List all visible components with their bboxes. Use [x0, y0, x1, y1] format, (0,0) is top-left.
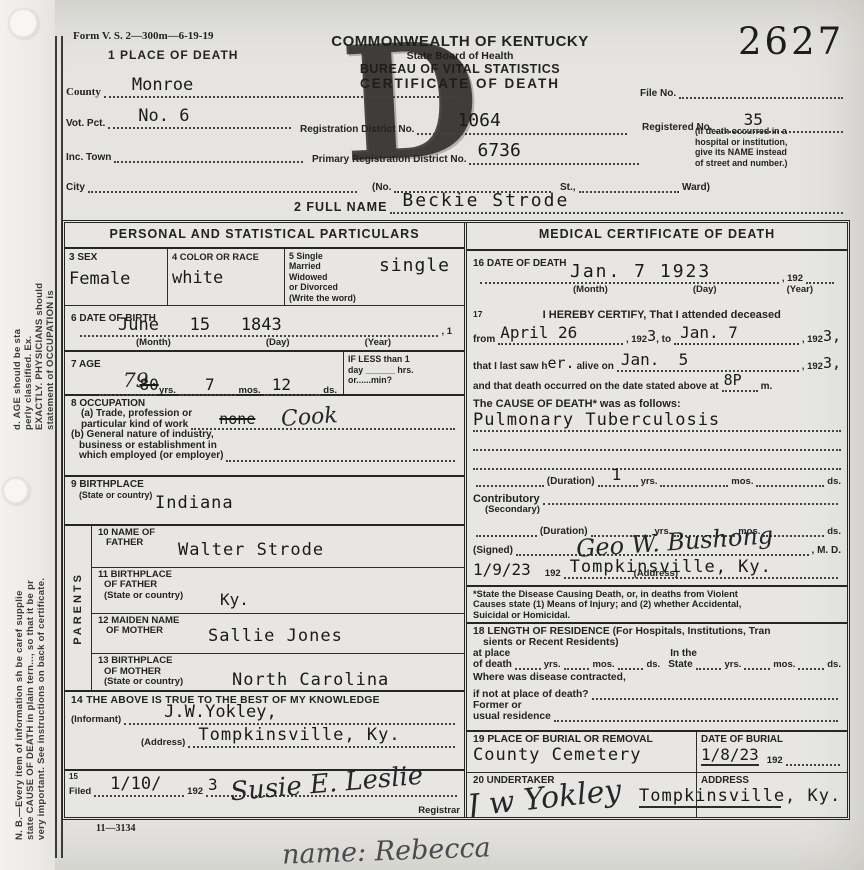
- county-label: County: [66, 86, 101, 98]
- form-code: Form V. S. 2—300m—6-19-19: [73, 30, 213, 42]
- full-name-label: 2 FULL NAME: [294, 200, 387, 214]
- signed-place-dotted: Tompkinsville, Ky. (Address): [564, 573, 838, 579]
- file-no-line: [679, 93, 843, 99]
- state-yrs-label: yrs.: [724, 659, 741, 670]
- cause-footnote: *State the Disease Causing Death, or, in…: [467, 585, 847, 625]
- cause-line: Pulmonary Tuberculosis: [473, 410, 841, 432]
- saw-date-value: Jan. 5: [621, 350, 688, 369]
- vot-pct-field: Vot. Pct. No. 6: [66, 118, 294, 129]
- vot-pct-value: No. 6: [138, 106, 189, 126]
- ds-label: ds.: [323, 385, 337, 396]
- parents-label: PARENTS: [72, 572, 84, 645]
- dod-year-caption: (Year): [787, 284, 813, 295]
- death-m-label: m.: [761, 381, 773, 392]
- margin-note-line: N. B.—Every item of information sh be ca…: [14, 578, 25, 840]
- sex-cell: 3 SEX Female: [65, 249, 167, 306]
- handwritten-name-note: name: Rebecca: [282, 832, 492, 870]
- saw-mid: alive on: [577, 361, 614, 372]
- dob-year-lead: , 1: [441, 326, 452, 337]
- hospital-note-line: (If death occurred in a: [695, 126, 850, 137]
- death-time-value: 8P: [724, 371, 742, 389]
- informant-address-dotted: Tompkinsville, Ky.: [188, 742, 455, 748]
- informant-address-value: Tompkinsville, Ky.: [198, 725, 400, 745]
- certify-text: I HEREBY CERTIFY, That I attended deceas…: [543, 309, 781, 321]
- age-crossed-value: 80: [139, 375, 158, 394]
- marital-label-line: (Write the word): [289, 293, 460, 304]
- parents-section: PARENTS 10 NAME OF FATHER Walter Strode …: [65, 526, 464, 692]
- contributory-dotted: [543, 499, 838, 505]
- margin-note-bottom: N. B.—Every item of information sh be ca…: [14, 578, 47, 840]
- birthplace-label: 9 BIRTHPLACE: [71, 479, 458, 490]
- father-bp-label2: OF FATHER: [104, 580, 458, 591]
- plate-code: 11—3134: [96, 823, 135, 834]
- burial-date-label: DATE OF BURIAL: [701, 734, 843, 745]
- duration-yrs-label: yrs.: [641, 476, 658, 487]
- serial-number: 2627: [738, 20, 844, 63]
- ward-label: Ward): [682, 182, 710, 193]
- county-value: Monroe: [132, 75, 193, 95]
- death-time-line: and that death occurred on the date stat…: [473, 381, 841, 392]
- city-line: [88, 187, 357, 193]
- dod-dotted: Jan. 7 1923: [480, 278, 779, 284]
- age-line: 79 80 yrs. 7 mos. 12 ds.: [71, 372, 337, 396]
- residence-label1: 18 LENGTH OF RESIDENCE (For Hospitals, I…: [473, 626, 841, 637]
- date-of-death-row: 16 DATE OF DEATH Jan. 7 1923 , 192 (Mont…: [467, 251, 847, 307]
- street-no-label: (No.: [372, 182, 391, 193]
- marital-value: single: [379, 255, 450, 276]
- primary-district-label: Primary Registration District No.: [312, 154, 466, 165]
- occ-a-dotted: none Cook: [191, 424, 455, 430]
- dob-row: 6 DATE OF BIRTH June 15 1843 , 1 (Month)…: [65, 306, 464, 352]
- duration-value: 1: [612, 465, 622, 484]
- undertaker-address-cell: ADDRESS Tompkinsville, Ky.: [696, 773, 847, 817]
- hospital-note-line: give its NAME instead: [695, 147, 850, 158]
- st-line: [579, 187, 679, 193]
- birthplace-row: 9 BIRTHPLACE (State or country) Indiana: [65, 477, 464, 526]
- signed-date-line: 1/9/23 192 Tompkinsville, Ky. (Address): [473, 560, 841, 579]
- cause-blank-line: [473, 451, 841, 470]
- state-mos-label: mos.: [773, 659, 795, 670]
- hospital-note-line: of street and number.): [695, 158, 850, 169]
- margin-note-line: very important. See instructions on back…: [36, 578, 47, 840]
- cause-label: The CAUSE OF DEATH* was as follows:: [473, 398, 841, 410]
- duration-label: (Duration): [547, 476, 595, 487]
- former-dotted: [554, 716, 838, 722]
- last-saw-line: that I last saw h er. alive on Jan. 5 , …: [473, 354, 841, 372]
- mother-name-row: 12 MAIDEN NAME OF MOTHER Sallie Jones: [92, 614, 464, 655]
- marital-cell: 5 Single Married Widowed or Divorced (Wr…: [284, 249, 464, 306]
- cause-section: The CAUSE OF DEATH* was as follows: Pulm…: [467, 394, 847, 487]
- from-date-value: April 26: [500, 323, 577, 342]
- from-label: from: [473, 334, 495, 345]
- parents-label-cell: PARENTS: [65, 526, 92, 690]
- informant-value: J.W.Yokley,: [164, 702, 277, 722]
- res-ds-label: ds.: [646, 659, 660, 670]
- city-field: City: [66, 182, 360, 193]
- informant-section: 14 THE ABOVE IS TRUE TO THE BEST OF MY K…: [65, 692, 464, 771]
- secondary-label: (Secondary): [485, 505, 841, 516]
- duration2-lead-dotted: [476, 531, 537, 537]
- contributory-section: Contributory (Secondary) (Duration) yrs.…: [467, 487, 847, 579]
- punch-hole-top: [8, 8, 38, 38]
- death-time-dotted: 8P: [722, 386, 758, 392]
- burial-date-cell: DATE OF BURIAL 1/8/23 192: [696, 732, 847, 772]
- parents-rows: 10 NAME OF FATHER Walter Strode 11 BIRTH…: [92, 526, 464, 690]
- saw-year-pre: , 192: [802, 361, 823, 372]
- burial-place-cell: 19 PLACE OF BURIAL OR REMOVAL County Cem…: [467, 732, 696, 772]
- city-label: City: [66, 182, 85, 193]
- file-no-label: File No.: [640, 88, 676, 99]
- former-line1: Former or: [473, 700, 841, 711]
- age-cell: 7 AGE 79 80 yrs. 7 mos. 12: [65, 352, 343, 394]
- margin-note-line: EXACTLY. PHYSICIANS should: [34, 283, 45, 430]
- margin-note-line: statement of OCCUPATION is: [45, 283, 56, 430]
- father-bp-sub: (State or country): [104, 591, 458, 602]
- mos-label: mos.: [239, 385, 261, 396]
- occupation-row: 8 OCCUPATION (a) Trade, profession or pa…: [65, 396, 464, 476]
- mother-birthplace-value: North Carolina: [232, 670, 389, 690]
- state-mos-dotted: [744, 664, 770, 670]
- occupation-value: Cook: [280, 403, 338, 432]
- primary-district-line: 6736: [469, 159, 639, 165]
- contracted-dotted: [592, 694, 838, 700]
- to-date-value: Jan. 7: [680, 323, 738, 342]
- registrar-label: Registrar: [69, 805, 460, 816]
- reg-district-label: Registration District No.: [300, 124, 414, 135]
- undertaker-row: 20 UNDERTAKER J w Yokley ADDRESS Tompkin…: [467, 772, 847, 817]
- race-label: 4 COLOR OR RACE: [172, 252, 280, 262]
- filed-year-value: 3: [208, 775, 218, 794]
- inc-town-line: [114, 157, 303, 163]
- undertaker-address-label: ADDRESS: [701, 775, 843, 786]
- race-cell: 4 COLOR OR RACE white: [167, 249, 284, 306]
- of-death-label: of death: [473, 659, 512, 670]
- file-no-field: File No.: [640, 88, 846, 99]
- vot-pct-label: Vot. Pct.: [66, 118, 105, 129]
- contracted-line1: Where was disease contracted,: [473, 672, 841, 683]
- at-place-label: at place: [473, 648, 510, 659]
- res-mos-dotted: [564, 664, 590, 670]
- occ-b-label3: which employed (or employer): [79, 451, 223, 462]
- primary-district-field: Primary Registration District No. 6736: [312, 154, 642, 165]
- dod-value: Jan. 7 1923: [570, 261, 711, 282]
- burial-value: County Cemetery: [473, 745, 690, 765]
- footnote-line: *State the Disease Causing Death, or, in…: [473, 589, 841, 600]
- informant-label: (Informant): [71, 714, 121, 725]
- occ-b-dotted: [226, 456, 455, 462]
- burial-year-pre: 192: [767, 755, 783, 766]
- signed-year-pre: 192: [545, 568, 561, 579]
- day-caption: (Day): [266, 337, 290, 348]
- res-mos-label: mos.: [592, 659, 614, 670]
- signed-address-caption: (Address): [634, 568, 678, 579]
- saw-year-value: 3,: [823, 354, 841, 372]
- margin-note-top: d. AGE should be sta perly classified. E…: [12, 283, 56, 430]
- state-label: State: [668, 659, 692, 670]
- hospital-note: (If death occurred in a hospital or inst…: [695, 126, 850, 168]
- filed-label: Filed: [69, 786, 91, 797]
- medical-column: MEDICAL CERTIFICATE OF DEATH 16 DATE OF …: [467, 223, 847, 817]
- dod-day-caption: (Day): [693, 284, 717, 295]
- burial-date-value: 1/8/23: [701, 745, 759, 766]
- death-certificate-scan: d. AGE should be sta perly classified. E…: [0, 0, 864, 870]
- age-row: 7 AGE 79 80 yrs. 7 mos. 12: [65, 352, 464, 396]
- filed-line: Filed 1/10/ 192 3 Susie E. Leslie: [69, 786, 460, 797]
- personal-title: PERSONAL AND STATISTICAL PARTICULARS: [65, 223, 464, 249]
- filed-section: 15 Filed 1/10/ 192 3 Susie E. Leslie Reg…: [65, 771, 464, 818]
- residence-label2: sients or Recent Residents): [483, 637, 841, 648]
- cause-value: Pulmonary Tuberculosis: [473, 410, 720, 430]
- state-yrs-dotted: [696, 664, 722, 670]
- from-dotted: April 26: [498, 339, 623, 345]
- margin-note-line: d. AGE should be sta: [12, 283, 23, 430]
- filed-year-pre: 192: [187, 786, 203, 797]
- filed-date-value: 1/10/: [110, 774, 161, 794]
- contracted-line2w: if not at place of death?: [473, 689, 841, 700]
- saw-dotted: Jan. 5: [617, 366, 799, 372]
- burial-date-line: 1/8/23 192: [701, 745, 843, 766]
- father-label1: 10 NAME OF: [98, 528, 458, 539]
- dod-month-caption: (Month): [573, 284, 608, 295]
- dob-line: June 15 1843 , 1: [77, 326, 452, 337]
- age-months-value: 7: [205, 375, 215, 394]
- dod-year-pre: , 192: [782, 273, 803, 284]
- signed-line: (Signed) Geo W. Bushong , M. D.: [473, 545, 841, 556]
- signed-date-value: 1/9/23: [473, 560, 531, 579]
- if-less-line: day ______ hrs.: [348, 365, 460, 376]
- footnote-line: Suicidal or Homicidal.: [473, 610, 841, 621]
- residence-values-line: of death yrs. mos. ds. State yrs. mos. d…: [473, 659, 841, 670]
- contracted-line2: if not at place of death?: [473, 689, 589, 700]
- full-name-line: Beckie Strode: [390, 208, 843, 214]
- year-caption: (Year): [365, 337, 391, 348]
- dod-captions: (Month) (Day) (Year): [473, 284, 841, 295]
- state-ds-dotted: [798, 664, 824, 670]
- saw-pre: that I last saw h: [473, 361, 547, 372]
- to-year-pre: , 192: [802, 334, 823, 345]
- month-caption: (Month): [136, 337, 171, 348]
- inc-town-label: Inc. Town: [66, 152, 111, 163]
- in-the-label: In the: [670, 648, 697, 659]
- undertaker-address-value: Tompkinsville, Ky.: [639, 786, 781, 808]
- informant-line: (Informant) J.W.Yokley,: [71, 714, 458, 725]
- st-ward-field: St., Ward): [560, 182, 710, 193]
- death-at-text: and that death occurred on the date stat…: [473, 381, 719, 392]
- dob-captions: (Month) (Day) (Year): [71, 337, 458, 348]
- dod-line: Jan. 7 1923 , 192: [477, 273, 837, 284]
- age-days-value: 12: [272, 375, 291, 394]
- marital-label-line: or Divorced: [289, 282, 460, 293]
- cause-blank-line: [473, 432, 841, 451]
- duration-mos-label: mos.: [731, 476, 753, 487]
- occupation-crossed: none: [219, 410, 255, 428]
- to-year-value: 3,: [823, 327, 841, 345]
- mother-name-value: Sallie Jones: [208, 626, 343, 646]
- mother-birthplace-row: 13 BIRTHPLACE OF MOTHER (State or countr…: [92, 654, 464, 690]
- full-name-value: Beckie Strode: [402, 190, 569, 211]
- from-year-pre: , 192: [626, 334, 647, 345]
- res-yrs-label: yrs.: [544, 659, 561, 670]
- personal-column: PERSONAL AND STATISTICAL PARTICULARS 3 S…: [65, 223, 467, 817]
- sex-race-marital-row: 3 SEX Female 4 COLOR OR RACE white 5 Sin…: [65, 249, 464, 307]
- dod-year-dotted: [806, 278, 834, 284]
- signed-dotted: Geo W. Bushong: [516, 550, 809, 556]
- residence-cols-head: at place In the: [473, 648, 841, 659]
- state-ds-label: ds.: [827, 659, 841, 670]
- punch-hole-middle: [2, 477, 29, 504]
- sex-label: 3 SEX: [69, 252, 163, 263]
- signed-label: (Signed): [473, 545, 513, 556]
- reg-district-line: 1064: [417, 129, 627, 135]
- birthplace-value: Indiana: [155, 493, 234, 513]
- md-label: , M. D.: [812, 545, 841, 556]
- inc-town-field: Inc. Town: [66, 152, 306, 163]
- burial-year-dotted: [786, 760, 840, 766]
- county-line: Monroe: [104, 92, 459, 98]
- res-ds-dotted: [618, 664, 644, 670]
- margin-note-line: perly classified. Ex.: [23, 283, 34, 430]
- vot-pct-line: No. 6: [108, 123, 291, 129]
- certify-section: 17 I HEREBY CERTIFY, That I attended dec…: [467, 307, 847, 394]
- father-name-row: 10 NAME OF FATHER Walter Strode: [92, 526, 464, 568]
- dob-dotted: June 15 1843: [80, 333, 438, 337]
- reg-district-value: 1064: [457, 110, 500, 131]
- yrs-label: yrs.: [159, 385, 176, 396]
- birthplace-sub: (State or country): [79, 490, 458, 501]
- burial-label: 19 PLACE OF BURIAL OR REMOVAL: [473, 734, 690, 745]
- informant-address-label: (Address): [141, 737, 185, 748]
- res-yrs-dotted: [515, 664, 541, 670]
- dod-label: 16 DATE OF DEATH: [473, 258, 567, 269]
- former-line2: usual residence: [473, 711, 551, 722]
- footnote-line: Causes state (1) Means of Injury; and (2…: [473, 599, 841, 610]
- if-less-line: or......min?: [348, 375, 460, 386]
- certificate-table: PERSONAL AND STATISTICAL PARTICULARS 3 S…: [62, 220, 850, 820]
- reg-district-field: Registration District No. 1064: [300, 124, 630, 135]
- margin-note-line: state CAUSE OF DEATH in plain tern..., s…: [25, 578, 36, 840]
- attended-from-line: from April 26 , 192 3 , to Jan. 7 , 192 …: [473, 327, 841, 345]
- medical-title: MEDICAL CERTIFICATE OF DEATH: [467, 223, 847, 251]
- filed-year-dotted: 3 Susie E. Leslie: [206, 791, 457, 797]
- county-field: County Monroe: [66, 86, 462, 98]
- saw-er-value: er.: [547, 354, 574, 372]
- certify-number: 17: [473, 309, 482, 321]
- place-of-death-label: 1 PLACE OF DEATH: [108, 48, 238, 62]
- filed-date-dotted: 1/10/: [94, 791, 184, 797]
- dob-value: June 15 1843: [118, 315, 282, 335]
- to-dotted: Jan. 7: [674, 339, 799, 345]
- race-value: white: [172, 268, 280, 288]
- father-name-value: Walter Strode: [178, 540, 324, 560]
- from-year-value: 3: [647, 327, 656, 345]
- occ-b-line3w: which employed (or employer): [79, 451, 458, 462]
- burial-row: 19 PLACE OF BURIAL OR REMOVAL County Cem…: [467, 730, 847, 772]
- duration-ds-label: ds.: [827, 476, 841, 487]
- full-name-field: 2 FULL NAME Beckie Strode: [294, 200, 846, 214]
- former-line2w: usual residence: [473, 711, 841, 722]
- father-birthplace-row: 11 BIRTHPLACE OF FATHER (State or countr…: [92, 568, 464, 614]
- residence-section: 18 LENGTH OF RESIDENCE (For Hospitals, I…: [467, 624, 847, 724]
- primary-district-value: 6736: [477, 140, 520, 161]
- informant-address-line: (Address) Tompkinsville, Ky.: [141, 737, 458, 748]
- hospital-note-line: hospital or institution,: [695, 137, 850, 148]
- duration-line: (Duration) 1 yrs. mos. ds.: [473, 476, 841, 487]
- age-label: 7 AGE: [71, 359, 101, 370]
- if-less-cell: IF LESS than 1 day ______ hrs. or......m…: [343, 352, 464, 394]
- sex-value: Female: [69, 269, 163, 289]
- father-birthplace-value: Ky.: [220, 590, 249, 609]
- if-less-line: IF LESS than 1: [348, 354, 460, 365]
- duration2-ds-label: ds.: [827, 526, 841, 537]
- certify-head: 17 I HEREBY CERTIFY, That I attended dec…: [473, 309, 841, 321]
- to-label: , to: [656, 334, 671, 345]
